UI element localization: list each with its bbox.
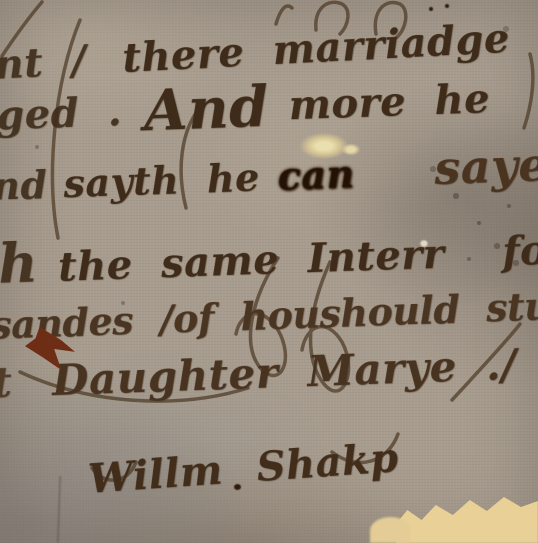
cream-stain-bottom-right: [396, 493, 538, 543]
signature-forename: Willm: [87, 447, 225, 503]
paper-specks: [0, 0, 2, 2]
manuscript-line-6: tDaughter Marye ./: [0, 340, 518, 407]
word: saye: [433, 137, 538, 195]
inked-over-word: can: [277, 151, 355, 199]
word: And: [143, 87, 269, 131]
word-fragment: h: [0, 231, 39, 296]
ink-dot: [445, 4, 449, 8]
ink-dot: [234, 484, 241, 490]
signature-willm-shakp: WillmShakp: [87, 434, 400, 503]
word-fragment: nt /: [0, 37, 88, 89]
word: sayth he: [63, 154, 261, 206]
word-fragment: nd: [0, 162, 48, 209]
signature-surname: Shakp: [255, 434, 400, 491]
word: more he: [288, 75, 491, 129]
word: for: [501, 226, 538, 275]
ink-flourish: [276, 6, 292, 24]
ink-dot: [429, 7, 433, 11]
cream-stain-bottom-right: [370, 517, 410, 543]
manuscript-line-3: ndsayth hecansaye: [0, 137, 538, 210]
word-fragment: t: [0, 357, 13, 407]
word: there marriadge: [121, 15, 511, 82]
manuscript-line-4: hthe same Interrfor: [0, 212, 538, 296]
paper-crease: [57, 476, 61, 543]
word: Daughter Marye ./: [51, 340, 517, 405]
manuscript-photo: nt /there marriadgewch ged .Andmore hec …: [0, 0, 538, 543]
word: the same Interr: [57, 230, 445, 290]
word-fragment: ged .: [0, 88, 123, 139]
